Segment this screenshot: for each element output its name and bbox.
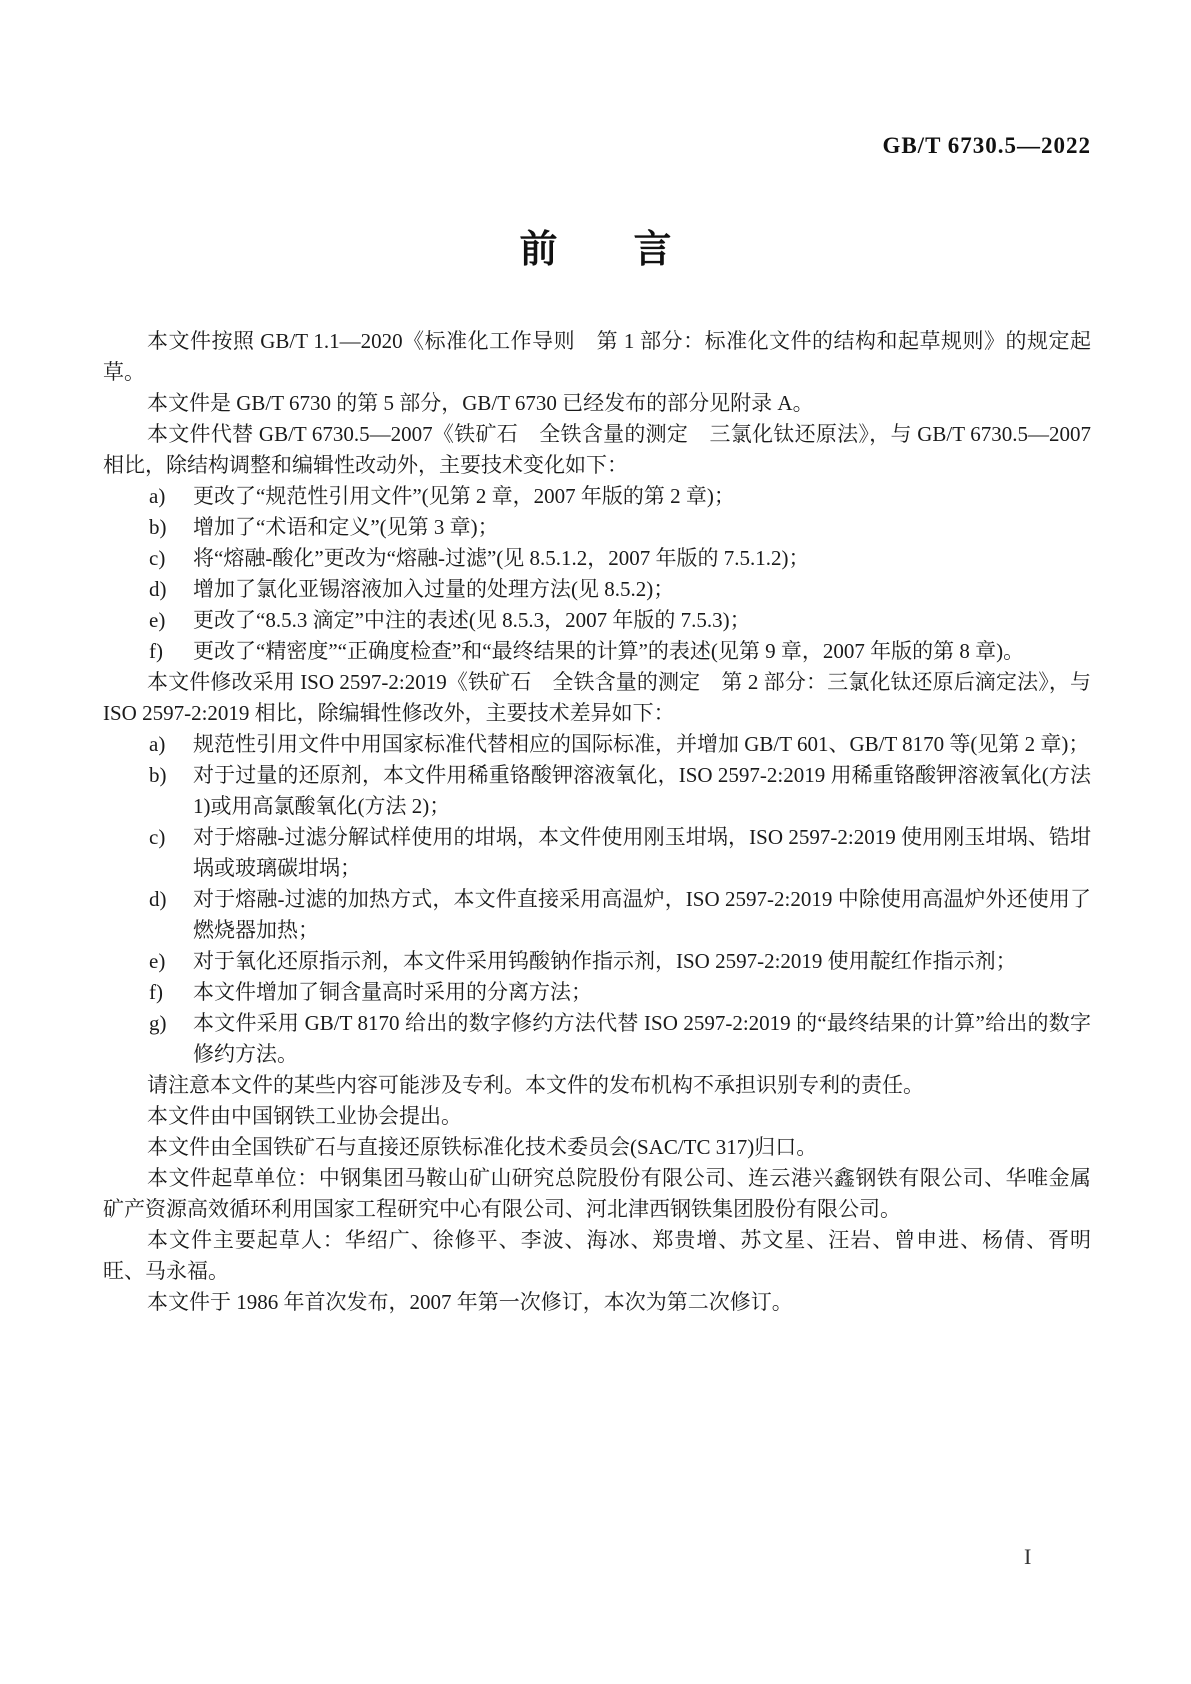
list-item: b) 对于过量的还原剂，本文件用稀重铬酸钾溶液氧化，ISO 2597-2:201… [103,760,1091,822]
list-item-text: 本文件采用 GB/T 8170 给出的数字修约方法代替 ISO 2597-2:2… [193,1011,1091,1066]
list-item-text: 对于熔融-过滤的加热方式，本文件直接采用高温炉，ISO 2597-2:2019 … [193,887,1091,942]
foreword-body: 本文件按照 GB/T 1.1—2020《标准化工作导则 第 1 部分：标准化文件… [103,326,1091,1318]
list-item-label: e) [149,605,165,636]
list-item: a) 规范性引用文件中用国家标准代替相应的国际标准，并增加 GB/T 601、G… [103,729,1091,760]
list-item-text: 对于氧化还原指示剂，本文件采用钨酸钠作指示剂，ISO 2597-2:2019 使… [193,949,1017,973]
list-item-label: a) [149,729,165,760]
list-item-text: 对于过量的还原剂，本文件用稀重铬酸钾溶液氧化，ISO 2597-2:2019 用… [193,763,1091,818]
list-item-label: d) [149,884,167,915]
list-item-text: 规范性引用文件中用国家标准代替相应的国际标准，并增加 GB/T 601、GB/T… [193,732,1089,756]
page-number: I [1024,1544,1031,1570]
list-item-label: g) [149,1008,167,1039]
page-title: 前 言 [0,218,1191,273]
standard-number-header: GB/T 6730.5—2022 [882,133,1091,159]
list-item: f) 本文件增加了铜含量高时采用的分离方法； [103,977,1091,1008]
document-page: GB/T 6730.5—2022 前 言 本文件按照 GB/T 1.1—2020… [0,0,1191,1684]
paragraph-proposed-by: 本文件由中国钢铁工业协会提出。 [103,1101,1091,1132]
list-item: g) 本文件采用 GB/T 8170 给出的数字修约方法代替 ISO 2597-… [103,1008,1091,1070]
list-item-label: b) [149,760,167,791]
list-item: d) 增加了氯化亚锡溶液加入过量的处理方法(见 8.5.2)； [103,574,1091,605]
list-item: f) 更改了“精密度”“正确度检查”和“最终结果的计算”的表述(见第 9 章，2… [103,636,1091,667]
list-item-text: 更改了“规范性引用文件”(见第 2 章，2007 年版的第 2 章)； [193,484,735,508]
list-item-label: f) [149,636,163,667]
list-item-text: 对于熔融-过滤分解试样使用的坩埚，本文件使用刚玉坩埚，ISO 2597-2:20… [193,825,1091,880]
list-item: e) 更改了“8.5.3 滴定”中注的表述(见 8.5.3，2007 年版的 7… [103,605,1091,636]
list-item-label: a) [149,481,165,512]
list-item-text: 增加了氯化亚锡溶液加入过量的处理方法(见 8.5.2)； [193,577,674,601]
list-item-text: 更改了“精密度”“正确度检查”和“最终结果的计算”的表述(见第 9 章，2007… [193,639,1024,663]
list-item: c) 对于熔融-过滤分解试样使用的坩埚，本文件使用刚玉坩埚，ISO 2597-2… [103,822,1091,884]
paragraph-iso-adoption: 本文件修改采用 ISO 2597-2:2019《铁矿石 全铁含量的测定 第 2 … [103,667,1091,729]
paragraph-part-of-series: 本文件是 GB/T 6730 的第 5 部分，GB/T 6730 已经发布的部分… [103,388,1091,419]
list-item: d) 对于熔融-过滤的加热方式，本文件直接采用高温炉，ISO 2597-2:20… [103,884,1091,946]
list-item: b) 增加了“术语和定义”(见第 3 章)； [103,512,1091,543]
list-item-text: 增加了“术语和定义”(见第 3 章)； [193,515,499,539]
paragraph-patent-notice: 请注意本文件的某些内容可能涉及专利。本文件的发布机构不承担识别专利的责任。 [103,1070,1091,1101]
paragraph-revision-history: 本文件于 1986 年首次发布，2007 年第一次修订，本次为第二次修订。 [103,1287,1091,1318]
list-item-text: 本文件增加了铜含量高时采用的分离方法； [193,980,592,1004]
paragraph-drafters: 本文件主要起草人：华绍广、徐修平、李波、海冰、郑贵增、苏文星、汪岩、曾申进、杨倩… [103,1225,1091,1287]
list-item: e) 对于氧化还原指示剂，本文件采用钨酸钠作指示剂，ISO 2597-2:201… [103,946,1091,977]
list-item-label: f) [149,977,163,1008]
paragraph-drafting-organizations: 本文件起草单位：中钢集团马鞍山矿山研究总院股份有限公司、连云港兴鑫钢铁有限公司、… [103,1163,1091,1225]
list-item-label: c) [149,543,165,574]
list-item-text: 更改了“8.5.3 滴定”中注的表述(见 8.5.3，2007 年版的 7.5.… [193,608,751,632]
list-item-label: c) [149,822,165,853]
paragraph-committee: 本文件由全国铁矿石与直接还原铁标准化技术委员会(SAC/TC 317)归口。 [103,1132,1091,1163]
list-item: c) 将“熔融-酸化”更改为“熔融-过滤”(见 8.5.1.2，2007 年版的… [103,543,1091,574]
list-item-label: b) [149,512,167,543]
paragraph-drafting-rules: 本文件按照 GB/T 1.1—2020《标准化工作导则 第 1 部分：标准化文件… [103,326,1091,388]
list-item-text: 将“熔融-酸化”更改为“熔融-过滤”(见 8.5.1.2，2007 年版的 7.… [193,546,810,570]
list-item-label: e) [149,946,165,977]
list-item-label: d) [149,574,167,605]
list-item: a) 更改了“规范性引用文件”(见第 2 章，2007 年版的第 2 章)； [103,481,1091,512]
paragraph-replaces-2007: 本文件代替 GB/T 6730.5—2007《铁矿石 全铁含量的测定 三氯化钛还… [103,419,1091,481]
